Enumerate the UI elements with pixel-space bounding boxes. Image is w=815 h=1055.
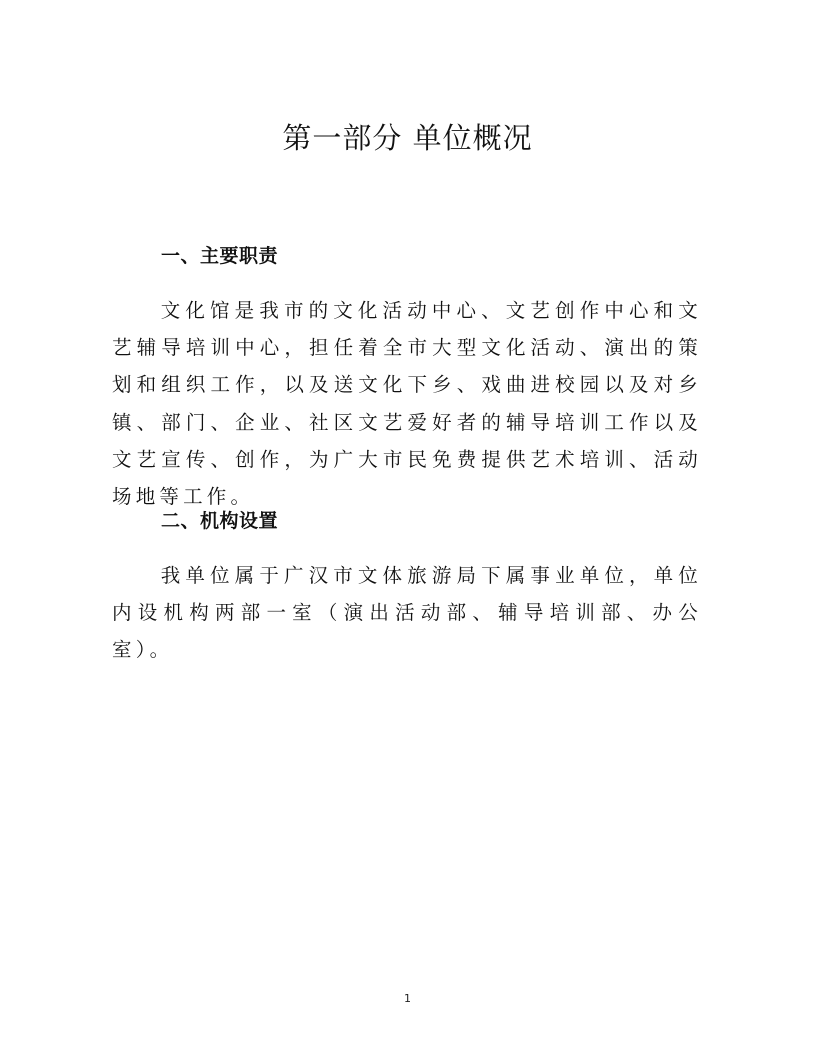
section-paragraph-responsibilities: 文化馆是我市的文化活动中心、文艺创作中心和文艺辅导培训中心，担任着全市大型文化活… xyxy=(112,292,702,515)
section-heading-responsibilities: 一、主要职责 xyxy=(161,243,278,269)
page-title: 第一部分 单位概况 xyxy=(0,118,815,158)
page-number: 1 xyxy=(0,992,815,1005)
document-page: 第一部分 单位概况 一、主要职责 文化馆是我市的文化活动中心、文艺创作中心和文艺… xyxy=(0,0,815,1055)
section-heading-organization: 二、机构设置 xyxy=(161,508,278,534)
section-paragraph-organization: 我单位属于广汉市文体旅游局下属事业单位，单位内设机构两部一室（演出活动部、辅导培… xyxy=(112,557,702,669)
